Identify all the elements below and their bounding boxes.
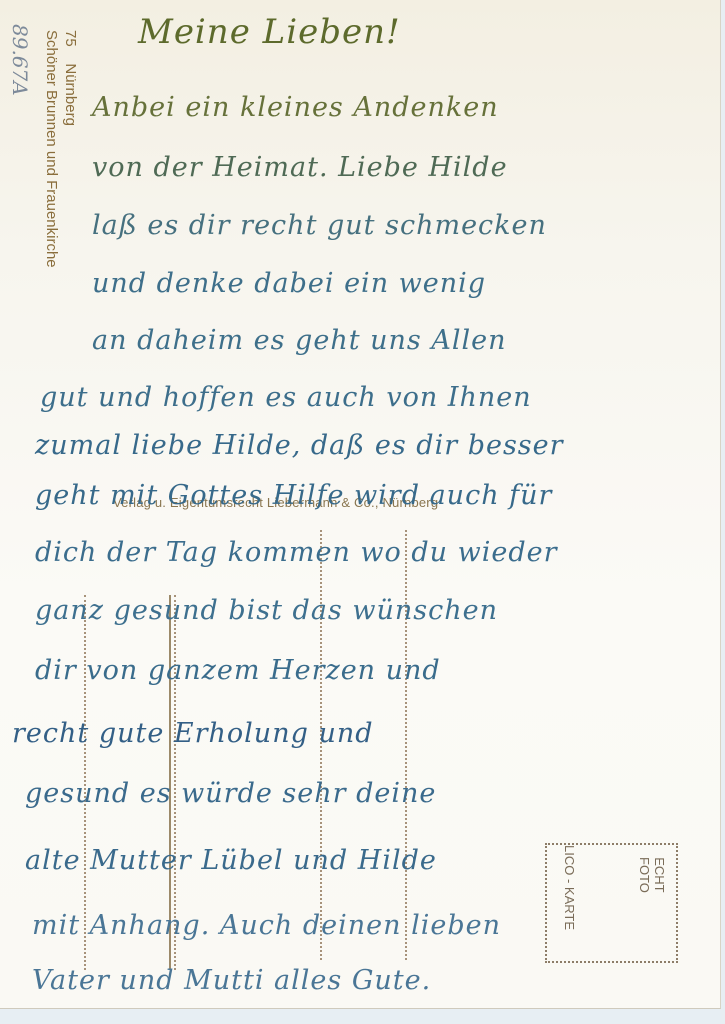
letter-line: laß es dir recht gut schmecken (92, 210, 547, 241)
stamp-text-echt-foto: ECHT FOTO (637, 857, 667, 893)
letter-line: recht gute Erholung und (12, 718, 374, 749)
pencil-archive-note: 89.67A (8, 24, 32, 96)
letter-line: geht mit Gottes Hilfe wird auch für (35, 480, 552, 511)
letter-line: und denke dabei ein wenig (92, 268, 486, 299)
card-caption: 75 Nürnberg Schöner Brunnen und Frauenki… (42, 30, 80, 268)
letter-line: von der Heimat. Liebe Hilde (92, 152, 508, 183)
stamp-line-lico-karte: LICO - KARTE (562, 845, 577, 930)
letter-line: Vater und Mutti alles Gute. (32, 965, 431, 996)
stamp-line-foto: FOTO (637, 857, 652, 893)
letter-line: gut und hoffen es auch von Ihnen (40, 382, 532, 413)
letter-line: dir von ganzem Herzen und (35, 655, 441, 686)
letter-line: alte Mutter Lübel und Hilde (25, 845, 437, 876)
caption-number: 75 (62, 30, 79, 47)
letter-line: gesund es würde sehr deine (25, 778, 436, 809)
postcard-back: 89.67A 75 Nürnberg Schöner Brunnen und F… (0, 0, 721, 1009)
letter-line: mit Anhang. Auch deinen lieben (32, 910, 501, 941)
stamp-box: ECHT FOTO LICO - KARTE (545, 843, 678, 963)
stamp-text-lico: LICO - KARTE (562, 845, 577, 930)
letter-greeting: Meine Lieben! (138, 12, 401, 52)
letter-line: zumal liebe Hilde, daß es dir besser (35, 430, 564, 461)
letter-line: ganz gesund bist das wünschen (35, 595, 498, 626)
caption-title-line: 75 Nürnberg (61, 30, 80, 268)
letter-line: dich der Tag kommen wo du wieder (35, 537, 558, 568)
caption-subtitle: Schöner Brunnen und Frauenkirche (42, 30, 61, 268)
stamp-line-echt: ECHT (652, 857, 667, 893)
caption-title: Nürnberg (62, 63, 79, 126)
letter-line: an daheim es geht uns Allen (92, 325, 507, 356)
letter-line: Anbei ein kleines Andenken (92, 92, 499, 123)
